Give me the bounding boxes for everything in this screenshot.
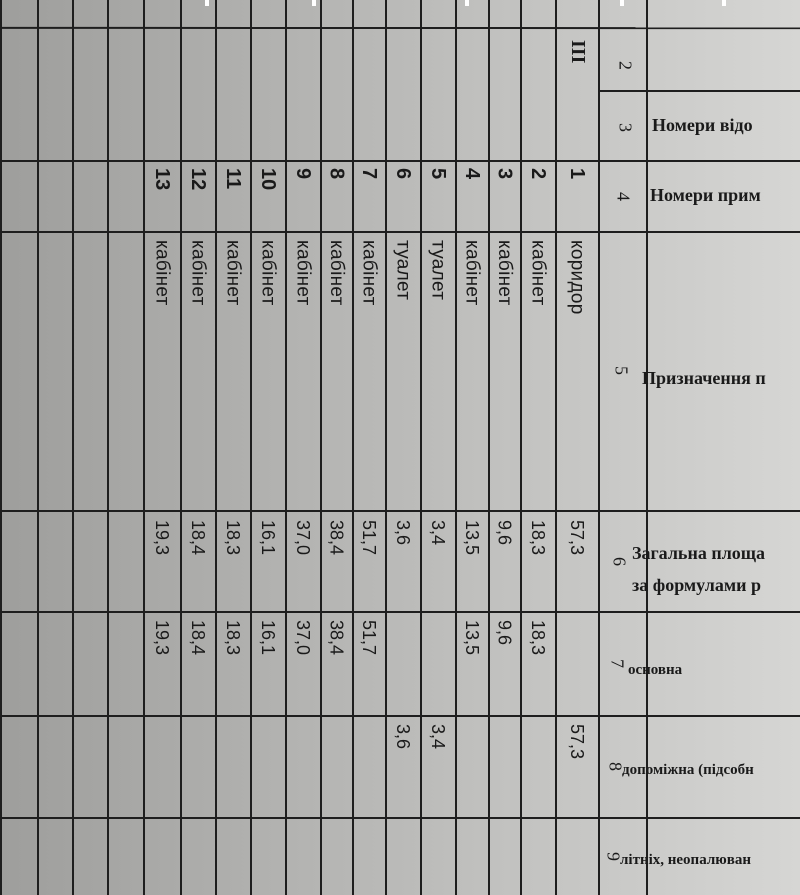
room-purpose-cell-text: кабінет [257, 232, 279, 306]
room-number-cell: 3 [488, 162, 520, 230]
room-purpose-cell: кабінет [520, 232, 555, 508]
main-area-cell: 51,7 [352, 612, 385, 714]
glare-mark [620, 0, 624, 6]
room-purpose-cell: кабінет [250, 232, 285, 508]
total-area-cell-text: 18,3 [222, 512, 243, 555]
room-number-cell-text: 5 [426, 162, 449, 179]
main-area-cell: 13,5 [455, 612, 488, 714]
auxiliary-area-cell-text: 3,6 [392, 716, 413, 749]
room-purpose-cell: кабінет [320, 232, 352, 508]
header-num: 2 [615, 61, 636, 70]
header-num: 7 [607, 659, 628, 668]
total-area-cell-text: 37,0 [292, 512, 313, 555]
explication-table-photo: III 2 3 4 5 6 7 8 9 Номери відо Номери п… [0, 0, 800, 895]
total-area-cell: 57,3 [555, 512, 598, 610]
header-num: 4 [613, 192, 634, 201]
header-num-4: 4 [600, 162, 646, 230]
main-area-cell: 9,6 [488, 612, 520, 714]
room-purpose-cell-text: кабінет [527, 232, 549, 306]
room-number-cell: 2 [520, 162, 555, 230]
room-purpose-cell: кабінет [285, 232, 320, 508]
main-area-cell: 18,4 [180, 612, 215, 714]
total-area-cell: 18,4 [180, 512, 215, 610]
room-purpose-cell: кабінет [180, 232, 215, 508]
auxiliary-area-cell: 3,6 [385, 716, 420, 816]
total-area-cell-text: 3,6 [392, 512, 413, 545]
main-area-cell-text: 18,3 [222, 612, 243, 655]
header-label-total-area: Загальна площа [632, 543, 765, 564]
header-num: 6 [609, 557, 630, 566]
room-number-cell-text: 8 [325, 162, 348, 179]
room-purpose-cell: туалет [385, 232, 420, 508]
total-area-cell: 51,7 [352, 512, 385, 610]
auxiliary-area-cell: 57,3 [555, 716, 598, 816]
total-area-cell-text: 16,1 [257, 512, 278, 555]
room-purpose-cell-text: туалет [392, 232, 414, 300]
room-number-cell-text: 6 [391, 162, 414, 179]
header-num: 3 [615, 123, 636, 132]
total-area-cell: 13,5 [455, 512, 488, 610]
main-area-cell-text: 38,4 [326, 612, 347, 655]
main-area-cell-text: 9,6 [494, 612, 515, 645]
room-purpose-cell-text: туалет [427, 232, 449, 300]
main-area-cell: 19,3 [143, 612, 180, 714]
room-number-cell-text: 10 [256, 162, 279, 190]
main-area-cell: 38,4 [320, 612, 352, 714]
room-purpose-cell: туалет [420, 232, 455, 508]
auxiliary-area-cell-text: 57,3 [566, 716, 587, 759]
main-area-cell: 18,3 [215, 612, 250, 714]
total-area-cell-text: 3,4 [427, 512, 448, 545]
total-area-cell: 19,3 [143, 512, 180, 610]
auxiliary-area-cell-text: 3,4 [427, 716, 448, 749]
main-area-cell: 37,0 [285, 612, 320, 714]
grid-vline [72, 0, 74, 895]
room-purpose-cell-text: кабінет [187, 232, 209, 306]
room-number-cell: 9 [285, 162, 320, 230]
room-purpose-cell-text: коридор [566, 232, 588, 315]
room-purpose-cell-text: кабінет [461, 232, 483, 306]
room-number-cell: 11 [215, 162, 250, 230]
grid-hline [0, 611, 800, 613]
auxiliary-area-cell: 3,4 [420, 716, 455, 816]
total-area-cell-text: 13,5 [461, 512, 482, 555]
room-number-cell: 12 [180, 162, 215, 230]
room-purpose-cell-text: кабінет [358, 232, 380, 306]
main-area-cell: 16,1 [250, 612, 285, 714]
room-purpose-cell-text: кабінет [222, 232, 244, 306]
room-purpose-cell: кабінет [143, 232, 180, 508]
room-number-cell: 13 [143, 162, 180, 230]
room-number-cell-text: 1 [565, 162, 588, 179]
room-number-cell-text: 3 [493, 162, 516, 179]
room-purpose-cell: коридор [555, 232, 598, 508]
room-number-cell: 8 [320, 162, 352, 230]
room-number-cell-text: 11 [221, 162, 244, 189]
header-label-purpose: Призначення п [642, 368, 766, 389]
room-number-cell: 1 [555, 162, 598, 230]
total-area-cell-text: 38,4 [326, 512, 347, 555]
room-purpose-cell: кабінет [352, 232, 385, 508]
total-area-cell: 9,6 [488, 512, 520, 610]
room-number-cell-text: 12 [186, 162, 209, 190]
room-purpose-cell-text: кабінет [325, 232, 347, 306]
header-label-auxiliary: допоміжна (підсобн [622, 762, 754, 779]
room-number-cell: 6 [385, 162, 420, 230]
header-num: 5 [611, 366, 632, 375]
main-area-cell-text: 37,0 [292, 612, 313, 655]
glare-mark [465, 0, 469, 6]
room-purpose-cell-text: кабінет [292, 232, 314, 306]
room-number-cell: 7 [352, 162, 385, 230]
total-area-cell: 3,6 [385, 512, 420, 610]
grid-vline [37, 0, 39, 895]
total-area-cell-text: 19,3 [151, 512, 172, 555]
header-num-3: 3 [602, 95, 648, 160]
room-purpose-cell: кабінет [488, 232, 520, 508]
room-purpose-cell-text: кабінет [151, 232, 173, 306]
room-number-cell-text: 7 [357, 162, 380, 179]
main-area-cell-text: 16,1 [257, 612, 278, 655]
main-area-cell-text: 51,7 [358, 612, 379, 655]
room-purpose-cell: кабінет [215, 232, 250, 508]
room-purpose-cell-text: кабінет [493, 232, 515, 306]
section-numeral-text: III [566, 40, 589, 63]
total-area-cell-text: 18,4 [187, 512, 208, 555]
header-label-summer: літніх, неопалюван [620, 852, 751, 869]
main-area-cell-text: 19,3 [151, 612, 172, 655]
room-purpose-cell: кабінет [455, 232, 488, 508]
grid-hline [0, 27, 800, 29]
total-area-cell-text: 57,3 [566, 512, 587, 555]
glare-mark [312, 0, 316, 6]
header-label-main: основна [628, 662, 682, 679]
total-area-cell: 3,4 [420, 512, 455, 610]
header-label-room-numbers: Номери прим [650, 185, 761, 206]
total-area-cell-text: 9,6 [494, 512, 515, 545]
glare-mark [722, 0, 726, 6]
total-area-cell: 38,4 [320, 512, 352, 610]
section-numeral: III [555, 40, 600, 90]
total-area-cell-text: 51,7 [358, 512, 379, 555]
main-area-cell-text: 18,4 [187, 612, 208, 655]
total-area-cell: 37,0 [285, 512, 320, 610]
grid-vline [107, 0, 109, 895]
room-number-cell-text: 2 [526, 162, 549, 179]
total-area-cell: 18,3 [520, 512, 555, 610]
header-num-2: 2 [602, 35, 648, 95]
room-number-cell-text: 13 [150, 162, 173, 190]
room-number-cell: 5 [420, 162, 455, 230]
total-area-cell: 16,1 [250, 512, 285, 610]
total-area-cell-text: 18,3 [527, 512, 548, 555]
room-number-cell: 10 [250, 162, 285, 230]
room-number-cell: 4 [455, 162, 488, 230]
room-number-cell-text: 9 [291, 162, 314, 179]
glare-mark [205, 0, 209, 6]
grid-hline [0, 817, 800, 819]
header-num-5: 5 [598, 232, 644, 508]
room-number-cell-text: 4 [460, 162, 483, 179]
header-label-total-area-formula: за формулами р [632, 575, 761, 596]
total-area-cell: 18,3 [215, 512, 250, 610]
grid-vline [0, 0, 2, 895]
main-area-cell: 18,3 [520, 612, 555, 714]
header-label-dept-numbers: Номери відо [652, 115, 753, 136]
main-area-cell-text: 18,3 [527, 612, 548, 655]
main-area-cell-text: 13,5 [461, 612, 482, 655]
